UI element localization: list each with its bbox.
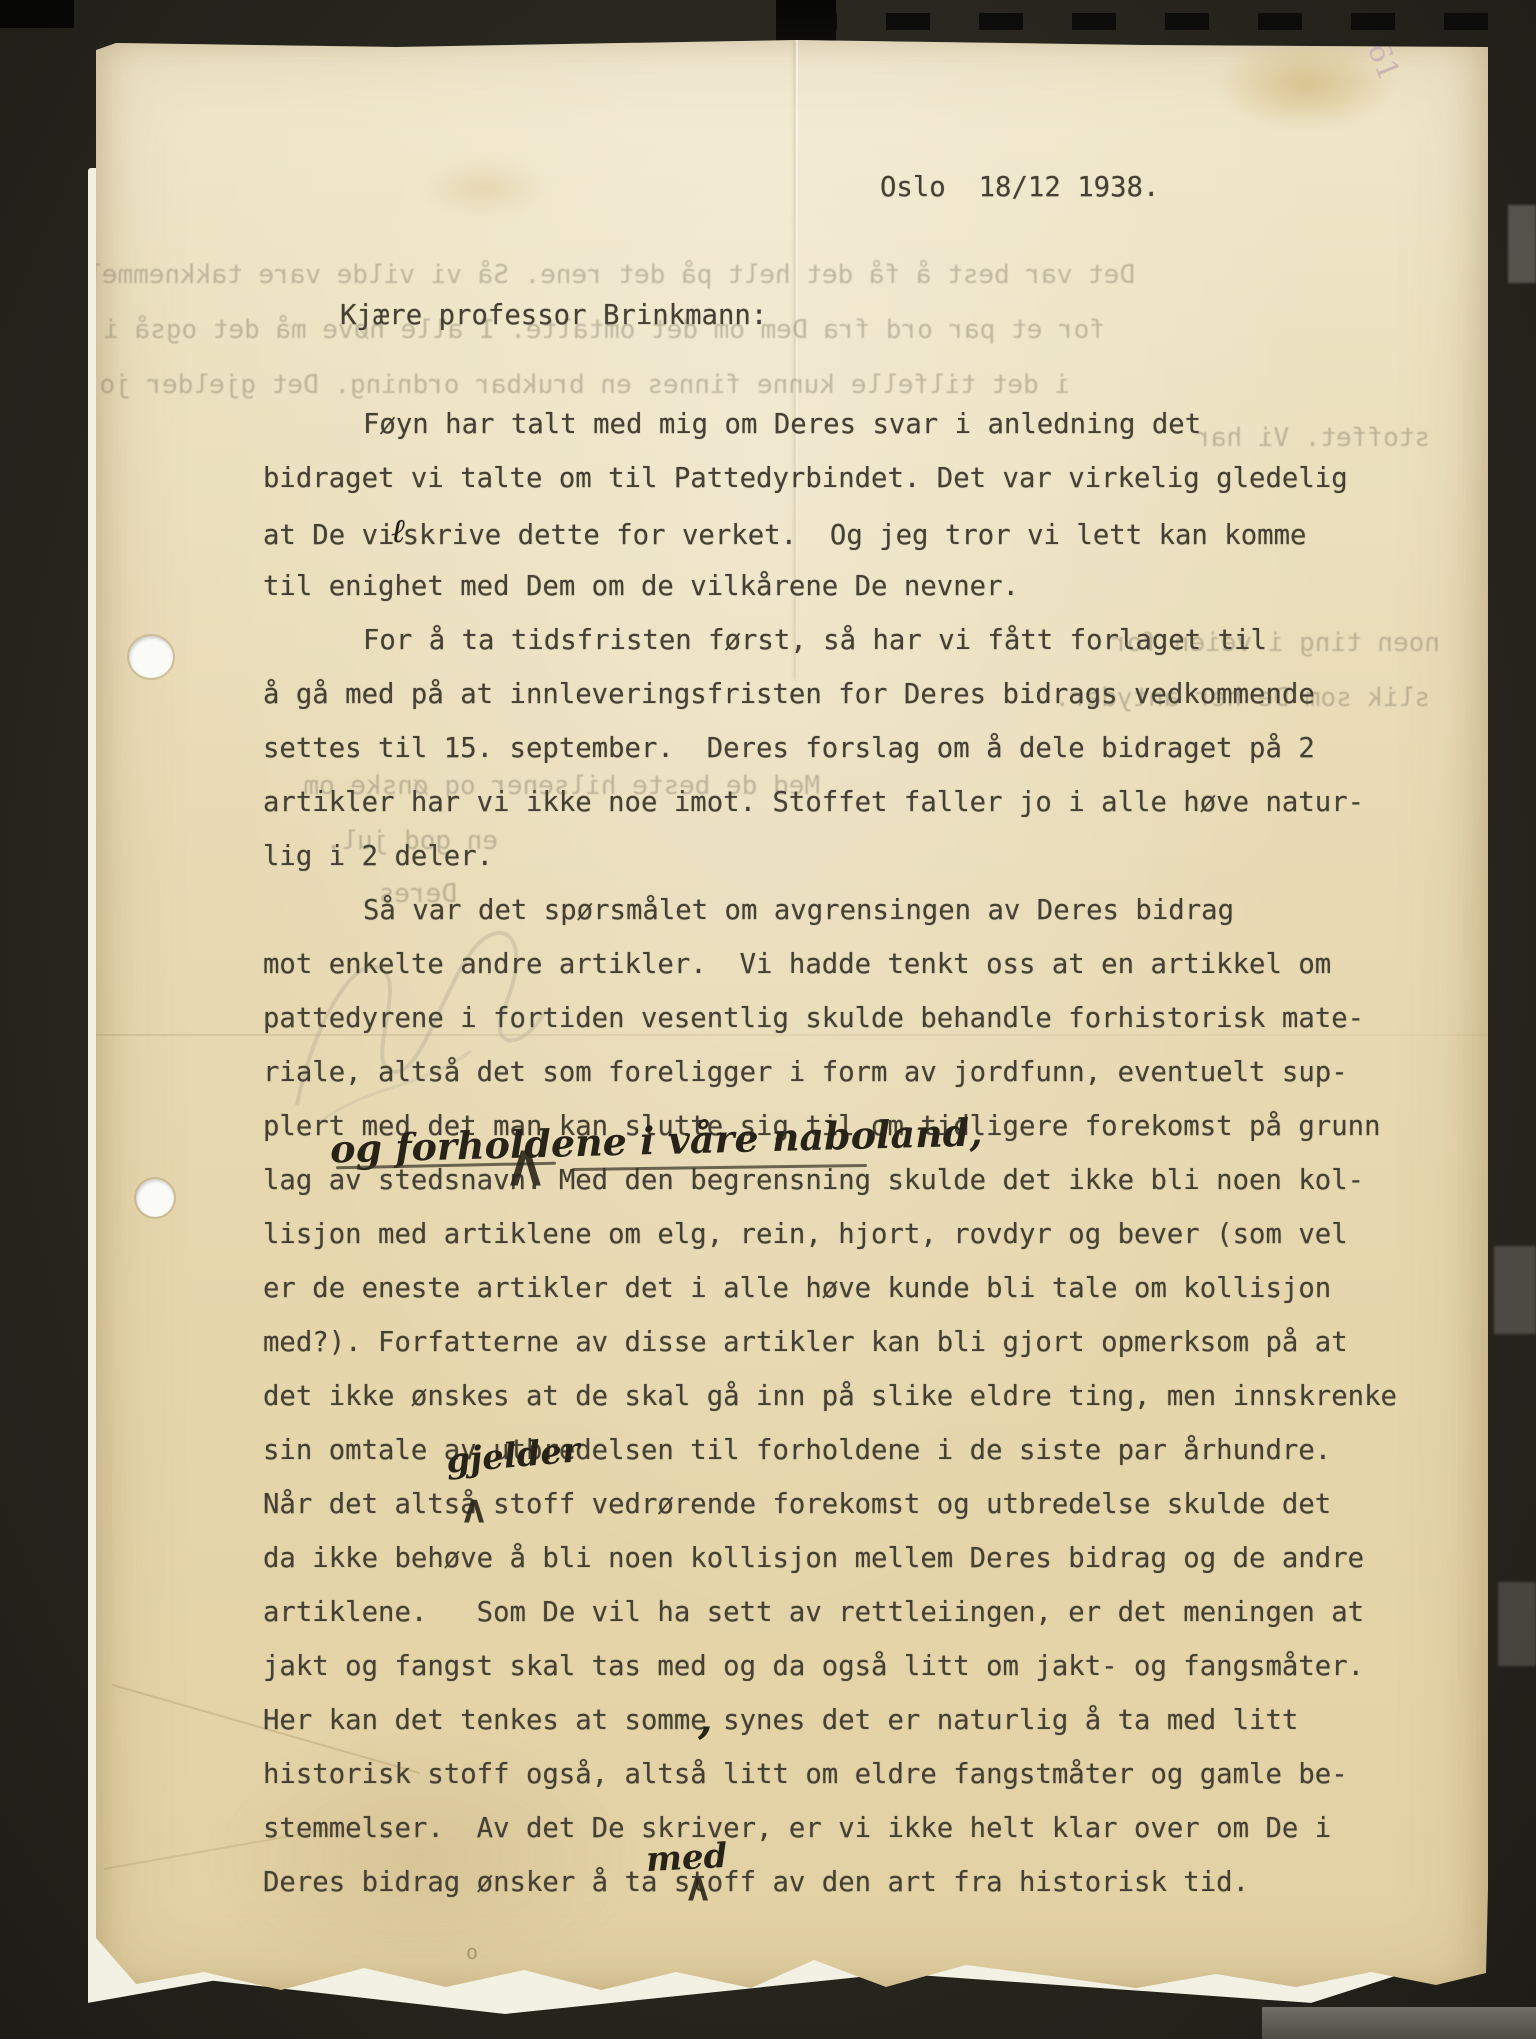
bleedthrough-line: i det tilfelle kunne finnes en brukbar o… xyxy=(60,370,1070,400)
typed-line: med?). Forfatterne av disse artikler kan… xyxy=(263,1323,1348,1363)
background-edge-patch xyxy=(1494,1246,1536,1334)
typed-line: å gå med på at innleveringsfristen for D… xyxy=(263,675,1315,715)
insertion-caret: Λ xyxy=(688,1875,708,1906)
typed-line: For å ta tidsfristen først, så har vi få… xyxy=(363,621,1267,661)
typed-line: jakt og fangst skal tas med og da også l… xyxy=(263,1647,1364,1687)
stray-typed-mark: o xyxy=(466,1940,478,1964)
scan-canvas: Det var best å få det helt på det rene. … xyxy=(0,0,1536,2039)
typed-line: riale, altså det som foreligger i form a… xyxy=(263,1053,1348,1093)
punch-hole-top xyxy=(129,636,173,678)
letter-page: Det var best å få det helt på det rene. … xyxy=(96,38,1488,1992)
binder-stitching xyxy=(793,13,1536,30)
handwritten-inline-letter: ℓ xyxy=(391,511,405,550)
typed-line: Når det altså stoff vedrørende forekomst… xyxy=(263,1485,1331,1525)
typed-line: stemmelser. Av det De skriver, er vi ikk… xyxy=(263,1809,1331,1849)
binder-corner-shadow xyxy=(0,0,74,28)
paper-stain xyxy=(418,156,548,220)
typed-line: Føyn har talt med mig om Deres svar i an… xyxy=(363,405,1201,445)
background-edge-patch xyxy=(1498,1582,1536,1666)
typed-line: bidraget vi talte om til Pattedyrbindet.… xyxy=(263,459,1348,499)
typed-line: Så var det spørsmålet om avgrensingen av… xyxy=(363,891,1234,931)
typed-line: pattedyrene i fortiden vesentlig skulde … xyxy=(263,999,1364,1039)
punch-hole-bottom xyxy=(136,1179,174,1217)
typed-line: lisjon med artiklene om elg, rein, hjort… xyxy=(263,1215,1348,1255)
typed-line: settes til 15. september. Deres forslag … xyxy=(263,729,1315,769)
typed-line: historisk stoff også, altså litt om eldr… xyxy=(263,1755,1348,1795)
typed-line: sin omtale av utbredelsen til forholdene… xyxy=(263,1431,1331,1471)
typed-line: artiklene. Som De vil ha sett av rettlei… xyxy=(263,1593,1364,1633)
typed-line: mot enkelte andre artikler. Vi hadde ten… xyxy=(263,945,1331,985)
bleedthrough-line: Det var best å få det helt på det rene. … xyxy=(55,260,1135,290)
typed-line: at De viℓskrive dette for verket. Og jeg… xyxy=(263,513,1306,556)
backing-board-edge xyxy=(1262,2007,1536,2039)
handwritten-insert: , xyxy=(698,1694,713,1743)
typed-line: til enighet med Dem om de vilkårene De n… xyxy=(263,567,1019,607)
insertion-caret: Λ xyxy=(464,1497,484,1528)
salutation: Kjære professor Brinkmann: xyxy=(340,300,767,331)
handwritten-insert: med xyxy=(645,1836,728,1880)
typed-line: Her kan det tenkes at somme synes det er… xyxy=(263,1701,1298,1741)
typed-line: er de eneste artikler det i alle høve ku… xyxy=(263,1269,1331,1309)
typed-line: artikler har vi ikke noe imot. Stoffet f… xyxy=(263,783,1364,823)
insertion-caret: Λ xyxy=(510,1146,541,1194)
date-line: Oslo 18/12 1938. xyxy=(880,172,1159,203)
typed-line: Deres bidrag ønsker å ta stoff av den ar… xyxy=(263,1863,1249,1903)
typed-line: da ikke behøve å bli noen kollisjon mell… xyxy=(263,1539,1364,1579)
background-edge-patch xyxy=(1508,205,1536,283)
typed-line: lig i 2 deler. xyxy=(263,837,493,877)
typed-line: det ikke ønskes at de skal gå inn på sli… xyxy=(263,1377,1397,1417)
